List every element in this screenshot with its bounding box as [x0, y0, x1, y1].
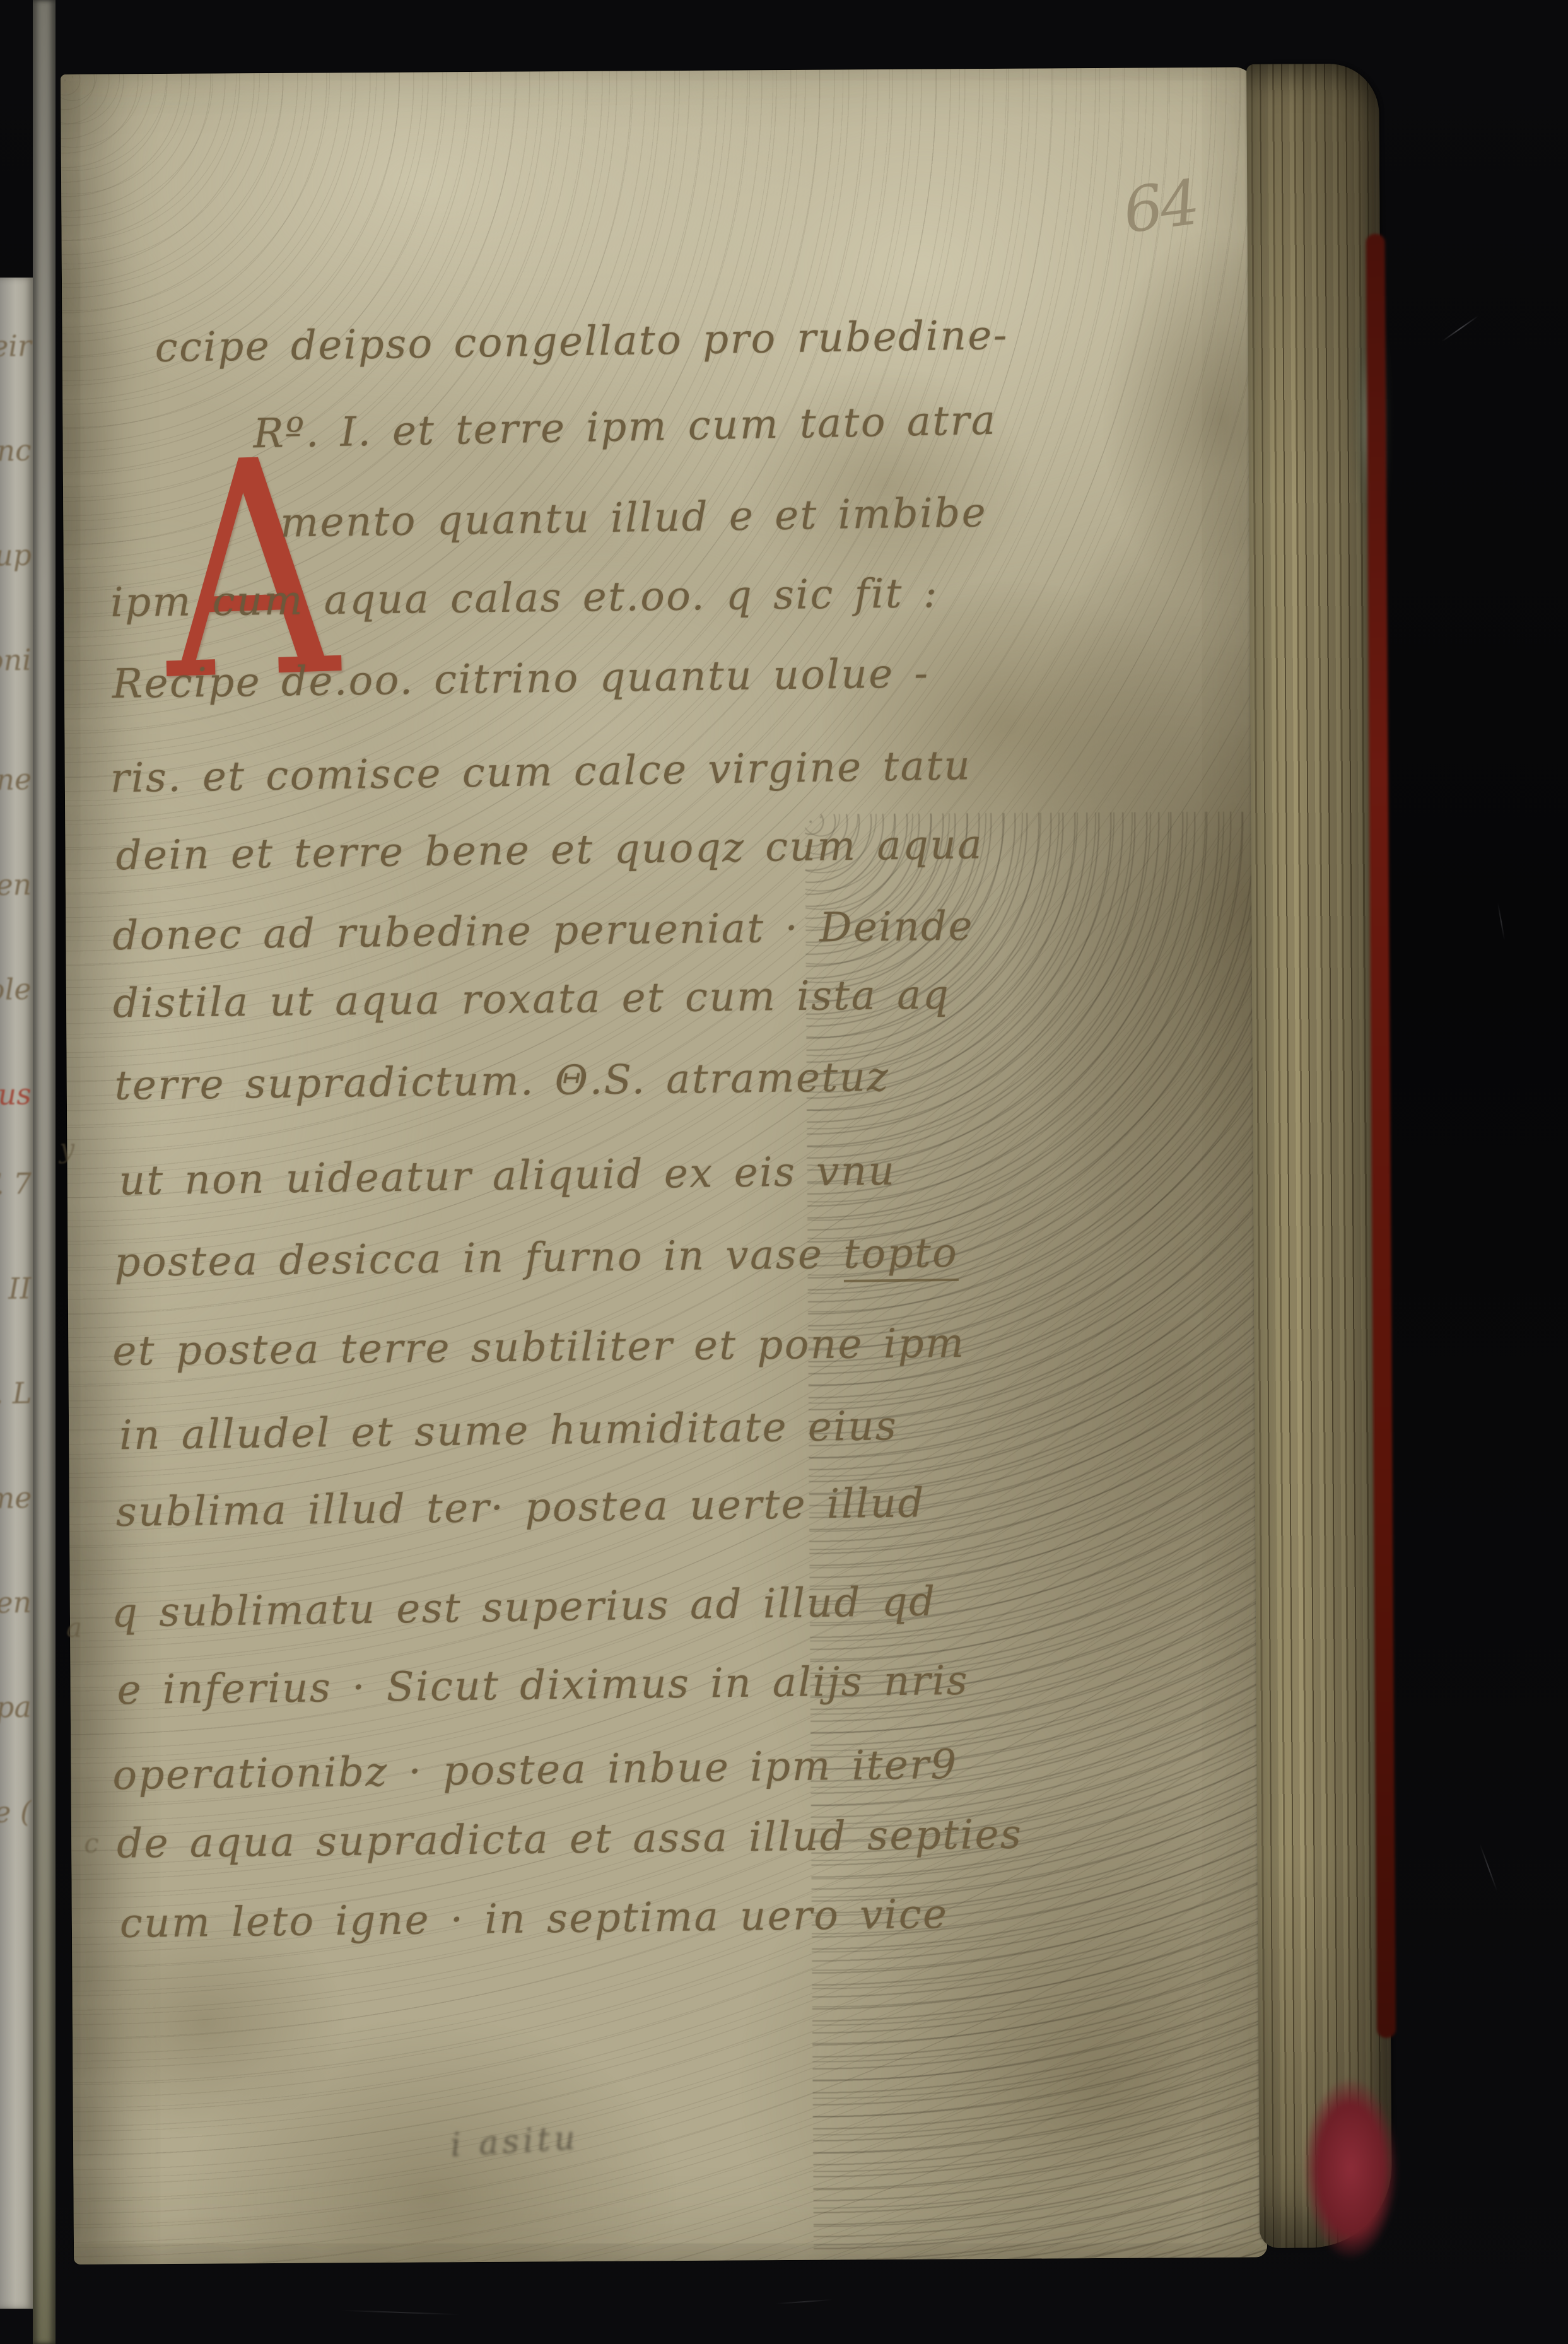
- manuscript-line: Rº. I. et terre ipm cum tato atra: [253, 397, 997, 458]
- gutter-ink-mark: c: [84, 1828, 99, 1859]
- photo-stage: queiru poncpe cupre oniioneoneno soletus…: [0, 0, 1568, 2344]
- line-segment: postea desicca in furno in vase: [114, 1231, 844, 1286]
- background-scratch: [1497, 903, 1505, 940]
- line-segment: dein et terre bene et quoqz cum aqua: [115, 821, 983, 879]
- line-segment: e inferius · Sicut diximus in alijs nris: [117, 1658, 969, 1714]
- manuscript-line: et postea terre subtiliter et pone ipm: [112, 1320, 966, 1375]
- line-segment: sublima illud ter· postea uerte illud: [116, 1480, 926, 1536]
- facing-page-text-fragment: queir: [0, 329, 32, 364]
- binding-cover-crimson: [1302, 2077, 1398, 2261]
- manuscript-line: dein et terre bene et quoqz cum aqua: [115, 821, 983, 879]
- line-segment: de aqua supradicta et assa illud septies: [117, 1812, 1023, 1868]
- facing-page-text-fragment: onen: [0, 867, 32, 903]
- facing-page-text-fragment: pe cup: [0, 538, 32, 574]
- manuscript-line: ris. et comisce cum calce virgine tatu: [110, 742, 971, 802]
- gutter-ink-mark: y: [59, 1133, 74, 1164]
- facing-page-text-fragment: ione: [0, 762, 32, 797]
- line-segment: topto: [843, 1230, 959, 1282]
- background-scratch: [341, 2310, 460, 2316]
- facing-page-text-fragment: T. 7: [0, 1166, 32, 1201]
- line-segment: Rº. I. et terre ipm cum tato atra: [253, 397, 997, 458]
- line-segment: ccipe deipso congellato pro rubedine-: [155, 312, 1009, 372]
- manuscript-line: operationibz · postea inbue ipm iter9: [112, 1742, 958, 1800]
- manuscript-line: mento quantu illud e et imbibe: [280, 489, 988, 547]
- line-segment: mento quantu illud e et imbibe: [280, 489, 988, 547]
- manuscript-line: de aqua supradicta et assa illud septies: [117, 1812, 1023, 1868]
- background-scratch: [776, 2299, 833, 2304]
- manuscript-line: q sublimatu est superius ad illud qd: [111, 1578, 937, 1636]
- line-segment: donec ad rubedine perueniat · Deinde: [112, 903, 974, 959]
- gutter-ink-mark: a: [66, 1612, 82, 1643]
- facing-page-text-fragment: u ponc: [0, 433, 32, 469]
- book-cradle-strip: [33, 0, 56, 2344]
- manuscript-line: ccipe deipso congellato pro rubedine-: [155, 312, 1009, 372]
- facing-page-text-fragment: re oni: [0, 643, 32, 678]
- line-segment: terre supradictum. Θ.S. atrametuz: [114, 1054, 890, 1110]
- line-segment: ris. et comisce cum calce virgine tatu: [110, 742, 971, 802]
- background-scratch: [1442, 315, 1478, 342]
- facing-page-text-fragment: gne (: [0, 1795, 32, 1830]
- facing-page-text-fragment: tus: [0, 1077, 32, 1111]
- text-block: ccipe deipso congellato pro rubedine-Rº.…: [61, 67, 1267, 2264]
- facing-page-text-fragment: muen: [0, 1585, 32, 1620]
- manuscript-line: cum leto igne · in septima uero vice: [120, 1891, 949, 1947]
- line-segment: ut non uideatur aliquid ex eis vnu: [119, 1148, 896, 1205]
- line-segment: Recipe de.oo. citrino quantu uolue -: [112, 650, 930, 708]
- fore-edge-pages: [1246, 64, 1392, 2248]
- manuscript-line: sublima illud ter· postea uerte illud: [116, 1480, 926, 1536]
- line-segment: distila ut aqua roxata et cum ista aq: [113, 972, 951, 1028]
- line-segment: q sublimatu est superius ad illud qd: [111, 1578, 937, 1636]
- facing-page-text-fragment: mme: [0, 1480, 32, 1516]
- facing-page-text-fragment: o sole: [0, 972, 32, 1007]
- facing-page-text-fragment: + II: [0, 1271, 32, 1306]
- line-segment: ipm cum aqua calas et.oo. q sic fit :: [110, 570, 939, 626]
- line-segment: in alludel et sume humiditate eius: [119, 1403, 898, 1459]
- manuscript-line: terre supradictum. Θ.S. atrametuz: [114, 1054, 890, 1110]
- manuscript-line: Recipe de.oo. citrino quantu uolue -: [112, 650, 930, 708]
- manuscript-page: 64 A ccipe deipso congellato pro rubedin…: [61, 67, 1267, 2264]
- facing-page-text-fragment: um pa: [0, 1690, 32, 1726]
- manuscript-line: postea desicca in furno in vase topto: [114, 1230, 959, 1286]
- line-segment: et postea terre subtiliter et pone ipm: [112, 1320, 966, 1375]
- manuscript-line: in alludel et sume humiditate eius: [119, 1403, 898, 1459]
- manuscript-line: ipm cum aqua calas et.oo. q sic fit :: [110, 570, 939, 626]
- facing-page-sliver: queiru poncpe cupre oniioneoneno soletus…: [0, 278, 34, 2309]
- manuscript-line: ut non uideatur aliquid ex eis vnu: [119, 1148, 896, 1205]
- manuscript-line: distila ut aqua roxata et cum ista aq: [113, 972, 951, 1028]
- manuscript-line: donec ad rubedine perueniat · Deinde: [112, 903, 974, 959]
- background-scratch: [1479, 1844, 1497, 1892]
- line-segment: cum leto igne · in septima uero vice: [120, 1891, 949, 1947]
- line-segment: operationibz · postea inbue ipm iter9: [112, 1742, 958, 1800]
- manuscript-line: e inferius · Sicut diximus in alijs nris: [117, 1658, 969, 1714]
- binding-cover-red: [1366, 234, 1396, 2038]
- facing-page-text-fragment: +. L: [0, 1376, 32, 1411]
- faded-ink-smudge: i asitu: [449, 2119, 580, 2165]
